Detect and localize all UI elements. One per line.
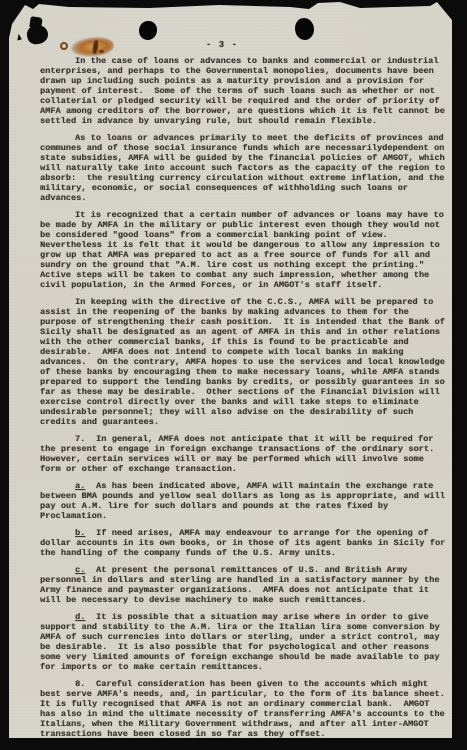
paragraph: c. At present the personal remittances o… — [40, 565, 447, 605]
paragraph-text: As to loans or advances primarily to mee… — [40, 133, 450, 203]
paragraph: 8. Careful consideration has been given … — [40, 679, 447, 739]
punch-hole-right — [295, 18, 314, 40]
document-body: In the case of loans or advances to bank… — [40, 56, 447, 746]
paragraph: a. As has been indicated above, AMFA wil… — [40, 481, 447, 521]
page-number: - 3 - — [202, 40, 242, 50]
paragraph-label: d. — [75, 612, 85, 622]
document-page: - 3 - In the case of loans or advances t… — [9, 0, 452, 738]
paragraph: 7. In general, AMFA does not anticipate … — [40, 434, 447, 474]
paragraph-text: As has been indicated above, AMFA will m… — [40, 481, 450, 521]
punch-hole-left — [139, 21, 157, 40]
paragraph: It is recognized that a certain number o… — [40, 210, 447, 290]
paragraph: In keeping with the directive of the C.C… — [40, 297, 447, 427]
paragraph-label: 7. — [75, 434, 85, 444]
paragraph-text: In general, AMFA does not anticipate tha… — [40, 434, 445, 474]
rust-stain-ring — [60, 42, 68, 50]
scan-background: - 3 - In the case of loans or advances t… — [0, 0, 467, 750]
paragraph: As to loans or advances primarily to mee… — [40, 133, 447, 203]
paragraph: In the case of loans or advances to bank… — [40, 56, 447, 126]
paragraph: b. If need arises, AMFA may endeavour to… — [40, 528, 447, 558]
paragraph-label: 8. — [75, 679, 85, 689]
paragraph-text: It is possible that a situation may aris… — [40, 612, 445, 672]
paragraph: d. It is possible that a situation may a… — [40, 612, 447, 672]
rust-stain-tail — [99, 50, 104, 53]
paragraph-text: At present the personal remittances of U… — [40, 565, 445, 605]
paragraph-label: c. — [75, 565, 85, 575]
paragraph-label: b. — [75, 528, 85, 538]
ink-blot-speck — [15, 34, 23, 42]
paragraph-text: In the case of loans or advances to bank… — [40, 56, 450, 126]
ink-blot-main — [26, 23, 50, 45]
paragraph-text: Careful consideration has been given to … — [40, 679, 456, 739]
paragraph-text: If need arises, AMFA may endeavour to ar… — [40, 528, 451, 558]
paragraph-text: In keeping with the directive of the C.C… — [40, 297, 450, 427]
paragraph-label: a. — [75, 481, 85, 491]
paragraph-text: It is recognized that a certain number o… — [40, 210, 449, 290]
